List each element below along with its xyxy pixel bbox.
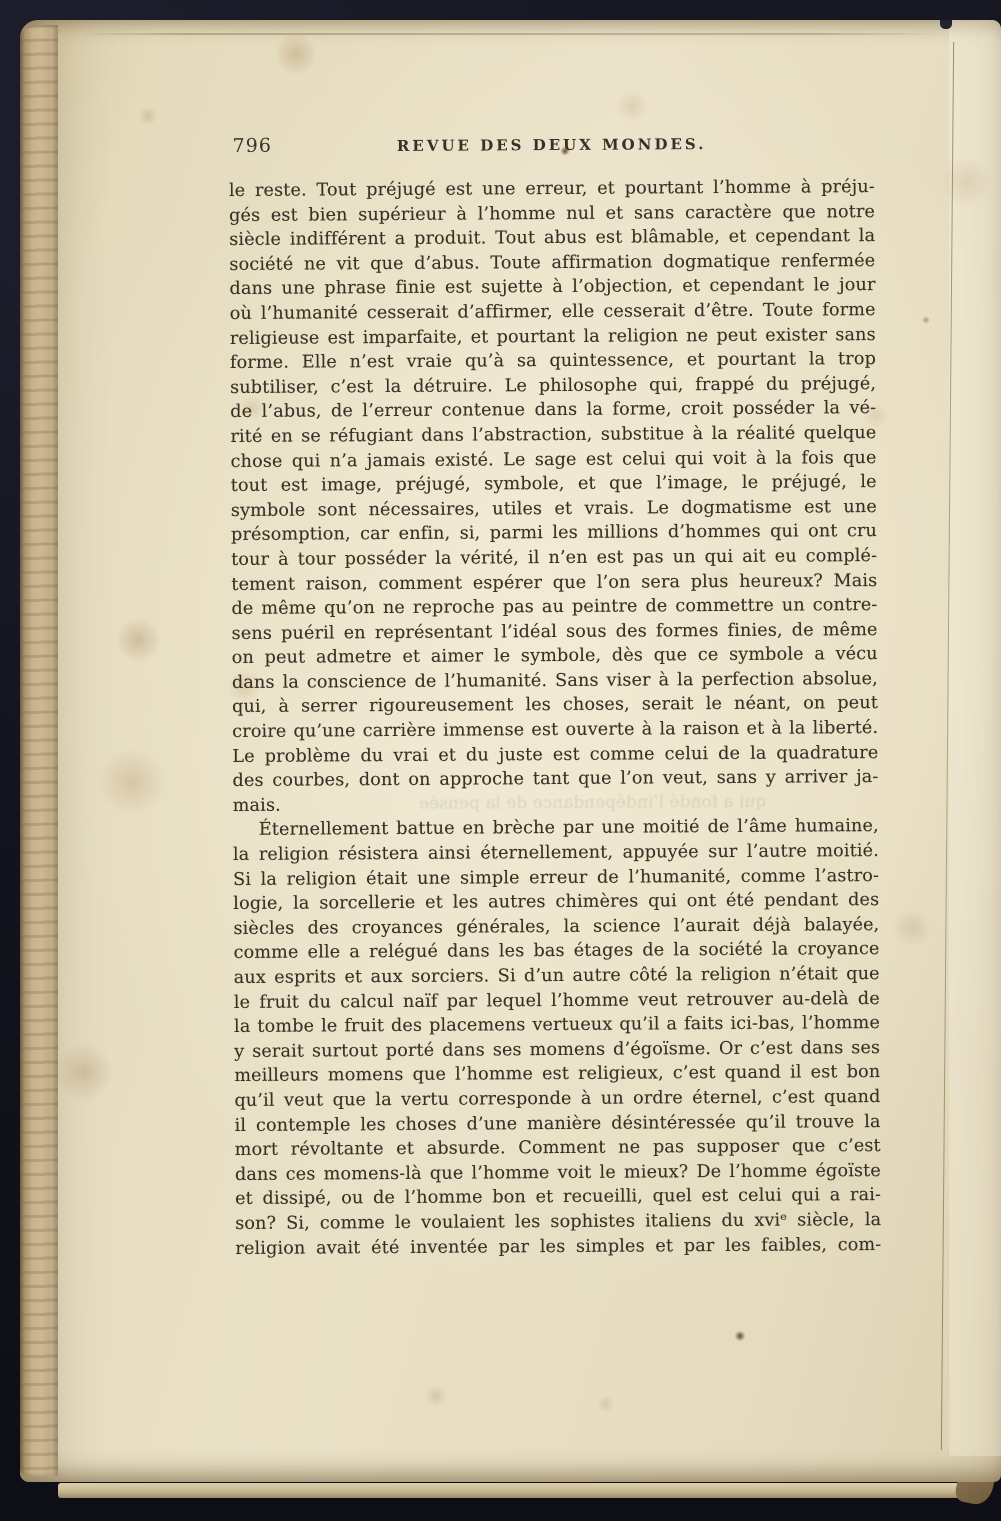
text-line: religion avait été inventée par les simp… — [235, 1233, 881, 1262]
text-line: tout est image, préjugé, symbole, et que… — [231, 470, 877, 499]
page-content: 796 REVUE DES DEUX MONDES. qui a fondé l… — [229, 129, 882, 1261]
text-line: la tombe le fruit des placemens vertueux… — [234, 1011, 880, 1040]
text-line: son? Si, comme le voulaient les sophiste… — [235, 1208, 881, 1237]
text-block: le reste. Tout préjugé est une erreur, e… — [229, 175, 882, 1261]
text-line: présomption, car enfin, si, parmi les mi… — [231, 519, 877, 548]
page-number: 796 — [233, 135, 272, 157]
top-crease-line — [78, 33, 948, 35]
text-line: de même qu’on ne reproche pas au peintre… — [231, 593, 877, 622]
underlying-page-edges — [58, 1483, 983, 1498]
text-line: on peut admetre et aimer le symbole, dès… — [232, 642, 878, 671]
text-line: le reste. Tout préjugé est une erreur, e… — [229, 175, 875, 204]
text-line: tour à tour posséder la vérité, il n’en … — [231, 544, 877, 573]
text-line: forme. Elle n’est vraie qu’à sa quintess… — [230, 347, 876, 376]
text-line: où l’humanité cesserait d’affirmer, elle… — [230, 298, 876, 327]
text-line: aux esprits et aux sorciers. Si d’un aut… — [234, 962, 880, 991]
deckle-edge — [20, 25, 58, 1476]
paragraph-2: Éternellement battue en brèche par une m… — [233, 814, 882, 1261]
text-line: logie, la sorcellerie et les autres chim… — [233, 888, 879, 917]
page-edge-notch — [940, 20, 952, 29]
running-header-row: 796 REVUE DES DEUX MONDES. — [229, 129, 875, 161]
text-line: des courbes, dont on approche tant que l… — [232, 765, 878, 794]
text-line: rité en se réfugiant dans l’abstraction,… — [230, 421, 876, 450]
paragraph-1: le reste. Tout préjugé est une erreur, e… — [229, 175, 879, 818]
text-line: mort révoltante et absurde. Comment ne p… — [235, 1134, 881, 1163]
text-line: qu’il veut que la vertu corresponde à un… — [234, 1085, 880, 1114]
text-line: croire qu’une carrière immense est ouver… — [232, 716, 878, 745]
running-header: REVUE DES DEUX MONDES. — [229, 129, 875, 156]
scanner-backdrop: 796 REVUE DES DEUX MONDES. qui a fondé l… — [0, 0, 1001, 1521]
book-page: 796 REVUE DES DEUX MONDES. qui a fondé l… — [20, 20, 1001, 1482]
text-line: siècle indifférent a produit. Tout abus … — [229, 224, 875, 253]
text-line: la religion résistera ainsi éternellemen… — [233, 839, 879, 868]
next-page-edge — [949, 20, 1001, 1456]
